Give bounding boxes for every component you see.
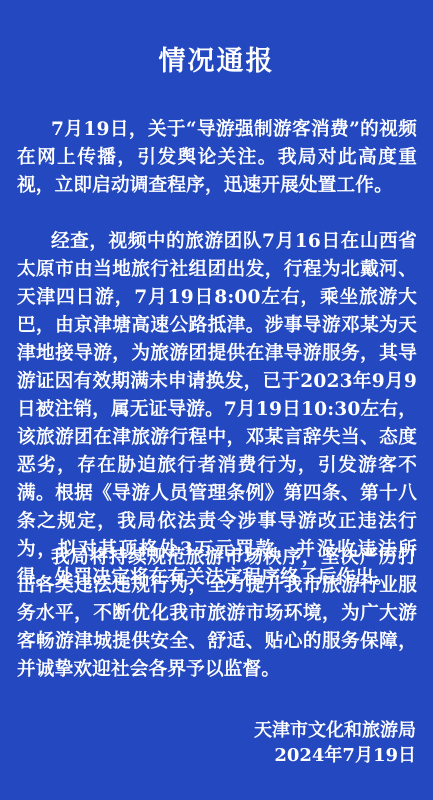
page-title: 情况通报: [0, 44, 433, 80]
paragraph-intro: 7月19日，关于“导游强制游客消费”的视频在网上传播，引发舆论关注。我局对此高度…: [17, 116, 417, 200]
signature-date: 2024年7月19日: [274, 743, 416, 769]
signature-organization: 天津市文化和旅游局: [254, 718, 416, 744]
paragraph-findings: 经查，视频中的旅游团队7月16日在山西省太原市由当地旅行社组团出发，行程为北戴河…: [17, 228, 417, 592]
paragraph-commitment: 我局将持续规范旅游市场秩序，坚决严厉打击各类违法违规行为，全力提升我市旅游行业服…: [17, 544, 417, 684]
